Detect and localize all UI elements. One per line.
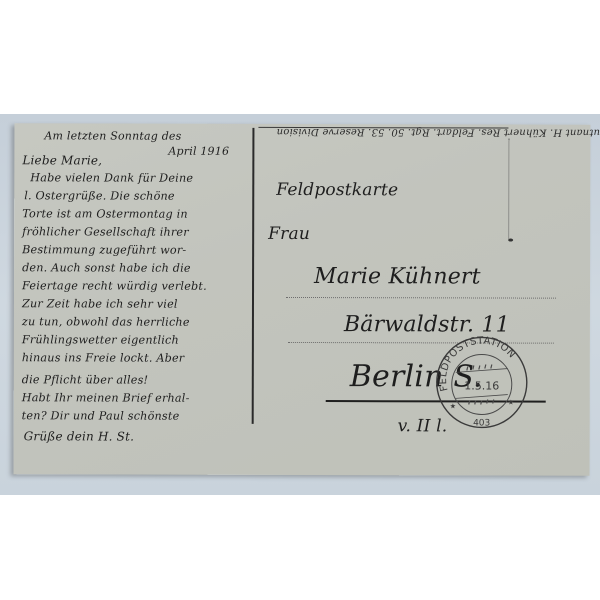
message-signature: Grüße dein H. St. xyxy=(24,429,135,443)
message-line: Habt Ihr meinen Brief erhal- xyxy=(22,391,190,404)
postmark-star-right: ★ xyxy=(508,399,514,407)
postmark-date: 1.5.16 xyxy=(464,379,499,392)
message-line: die Pflicht über alles! xyxy=(22,373,148,386)
message-line: Bestimmung zugeführt wor- xyxy=(22,243,186,256)
message-line: zu tun, obwohl das herrliche xyxy=(22,315,190,328)
message-line: ten? Dir und Paul schönste xyxy=(22,409,180,422)
postmark-number: 403 xyxy=(473,418,490,428)
message-line: den. Auch sonst habe ich die xyxy=(22,261,191,274)
card-type-label: Feldpostkarte xyxy=(276,180,398,200)
address-line-1 xyxy=(286,297,556,299)
message-line: fröhlicher Gesellschaft ihrer xyxy=(22,225,189,238)
stamp-area-dotted-line xyxy=(508,139,509,239)
vertical-divider-line xyxy=(252,128,254,424)
message-line: Feiertage recht würdig verlebt. xyxy=(22,279,207,292)
message-line: Zur Zeit habe ich sehr viel xyxy=(22,297,178,310)
message-date-line-1: Am letzten Sonntag des xyxy=(44,129,181,142)
feldpost-postmark: FELDPOSTSTATION 1.5.16 403 ★ ★ xyxy=(432,332,532,432)
message-line: hinaus ins Freie lockt. Aber xyxy=(22,351,185,364)
message-date-line-2: April 1916 xyxy=(168,145,229,158)
stamp-area-dot xyxy=(508,239,513,242)
message-line: Torte ist am Ostermontag in xyxy=(22,207,188,220)
postmark-star-left: ★ xyxy=(450,402,456,410)
message-line: l. Ostergrüße. Die schöne xyxy=(24,189,175,202)
postcard: Am letzten Sonntag des April 1916 Liebe … xyxy=(14,123,591,476)
recipient-salutation: Frau xyxy=(268,224,310,244)
message-line: Habe vielen Dank für Deine xyxy=(30,171,193,184)
message-line: Frühlingswetter eigentlich xyxy=(22,333,179,346)
recipient-name: Marie Kühnert xyxy=(314,264,481,289)
message-salutation: Liebe Marie, xyxy=(22,153,102,167)
